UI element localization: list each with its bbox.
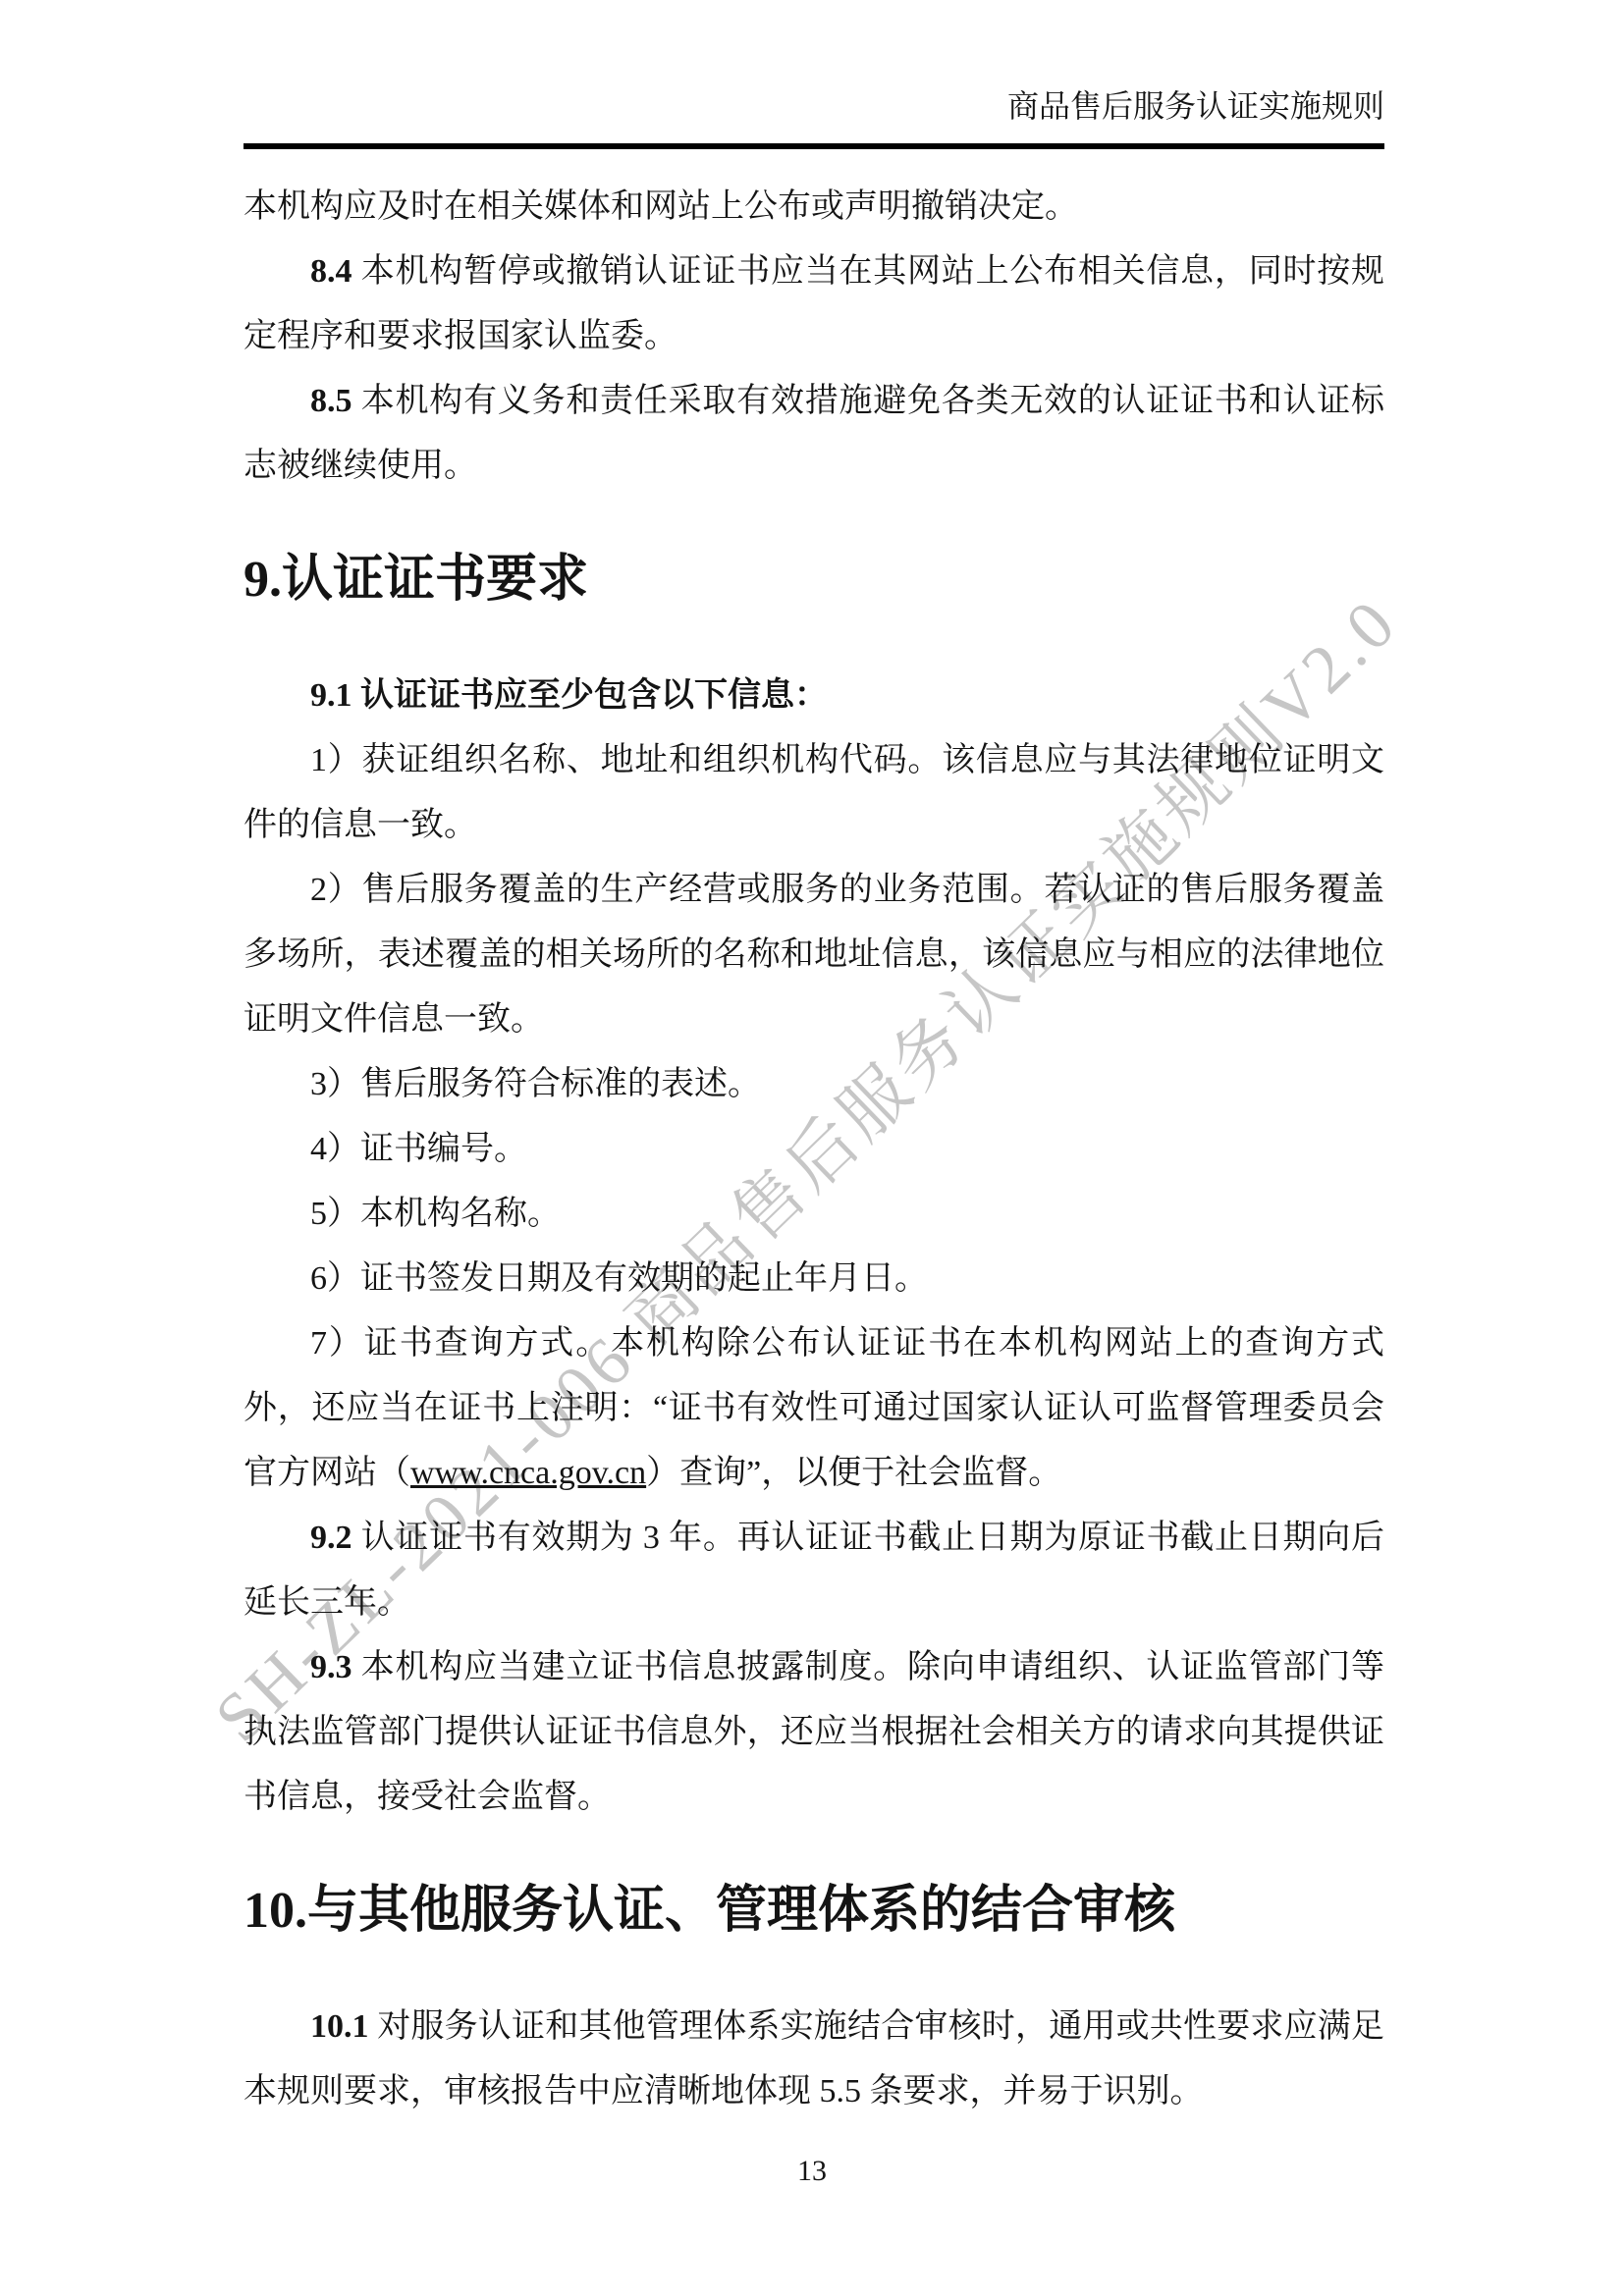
clause-text-8-5: 本机构有义务和责任采取有效措施避免各类无效的认证证书和认证标志被继续使用。 bbox=[244, 383, 1384, 484]
clause-text-10-1: 对服务认证和其他管理体系实施结合审核时，通用或共性要求应满足本规则要求，审核报告… bbox=[244, 2008, 1384, 2109]
paragraph-9-1: 9.1 认证证书应至少包含以下信息： bbox=[244, 664, 1384, 728]
clause-number-8-5: 8.5 bbox=[310, 383, 352, 419]
clause-number-10-1: 10.1 bbox=[310, 2008, 369, 2045]
list-item-6: 6）证书签发日期及有效期的起止年月日。 bbox=[244, 1247, 1384, 1311]
section-heading-9: 9.认证证书要求 bbox=[244, 544, 1384, 616]
paragraph-8-5: 8.5 本机构有义务和责任采取有效措施避免各类无效的认证证书和认证标志被继续使用… bbox=[244, 369, 1384, 499]
clause-number-9-2: 9.2 bbox=[310, 1520, 352, 1556]
list-item-1: 1）获证组织名称、地址和组织机构代码。该信息应与其法律地位证明文件的信息一致。 bbox=[244, 728, 1384, 858]
clause-text-8-4: 本机构暂停或撤销认证证书应当在其网站上公布相关信息，同时按规定程序和要求报国家认… bbox=[244, 253, 1384, 354]
document-body: 本机构应及时在相关媒体和网站上公布或声明撤销决定。 8.4 本机构暂停或撤销认证… bbox=[244, 175, 1384, 2124]
header-title: 商品售后服务认证实施规则 bbox=[1007, 88, 1384, 124]
clause-number-9-3: 9.3 bbox=[310, 1649, 352, 1685]
list-item-7: 7）证书查询方式。本机构除公布认证证书在本机构网站上的查询方式外，还应当在证书上… bbox=[244, 1311, 1384, 1506]
section-heading-10: 10.与其他服务认证、管理体系的结合审核 bbox=[244, 1875, 1384, 1948]
list-item-3: 3）售后服务符合标准的表述。 bbox=[244, 1052, 1384, 1117]
paragraph-10-1: 10.1 对服务认证和其他管理体系实施结合审核时，通用或共性要求应满足本规则要求… bbox=[244, 1995, 1384, 2124]
list-item-2: 2）售后服务覆盖的生产经营或服务的业务范围。若认证的售后服务覆盖多场所，表述覆盖… bbox=[244, 858, 1384, 1052]
document-page: SH-ZL-2021-006 商品售后服务认证实施规则V2.0 商品售后服务认证… bbox=[0, 0, 1624, 2296]
paragraph-9-2: 9.2 认证证书有效期为 3 年。再认证证书截止日期为原证书截止日期向后延长三年… bbox=[244, 1506, 1384, 1635]
page-number: 13 bbox=[0, 2152, 1624, 2191]
list-item-5: 5）本机构名称。 bbox=[244, 1182, 1384, 1247]
clause-number-8-4: 8.4 bbox=[310, 253, 352, 290]
page-header: 商品售后服务认证实施规则 bbox=[244, 82, 1384, 149]
list-item-4: 4）证书编号。 bbox=[244, 1117, 1384, 1182]
cnca-website-url: www.cnca.gov.cn bbox=[410, 1455, 646, 1491]
paragraph-9-3: 9.3 本机构应当建立证书信息披露制度。除向申请组织、认证监管部门等执法监管部门… bbox=[244, 1635, 1384, 1830]
paragraph-8-4: 8.4 本机构暂停或撤销认证证书应当在其网站上公布相关信息，同时按规定程序和要求… bbox=[244, 240, 1384, 369]
list-item-7-text-post: ）查询”，以便于社会监督。 bbox=[646, 1455, 1061, 1491]
paragraph-continuation: 本机构应及时在相关媒体和网站上公布或声明撤销决定。 bbox=[244, 175, 1384, 240]
clause-text-9-2: 认证证书有效期为 3 年。再认证证书截止日期为原证书截止日期向后延长三年。 bbox=[244, 1520, 1384, 1621]
clause-text-9-3: 本机构应当建立证书信息披露制度。除向申请组织、认证监管部门等执法监管部门提供认证… bbox=[244, 1649, 1384, 1815]
